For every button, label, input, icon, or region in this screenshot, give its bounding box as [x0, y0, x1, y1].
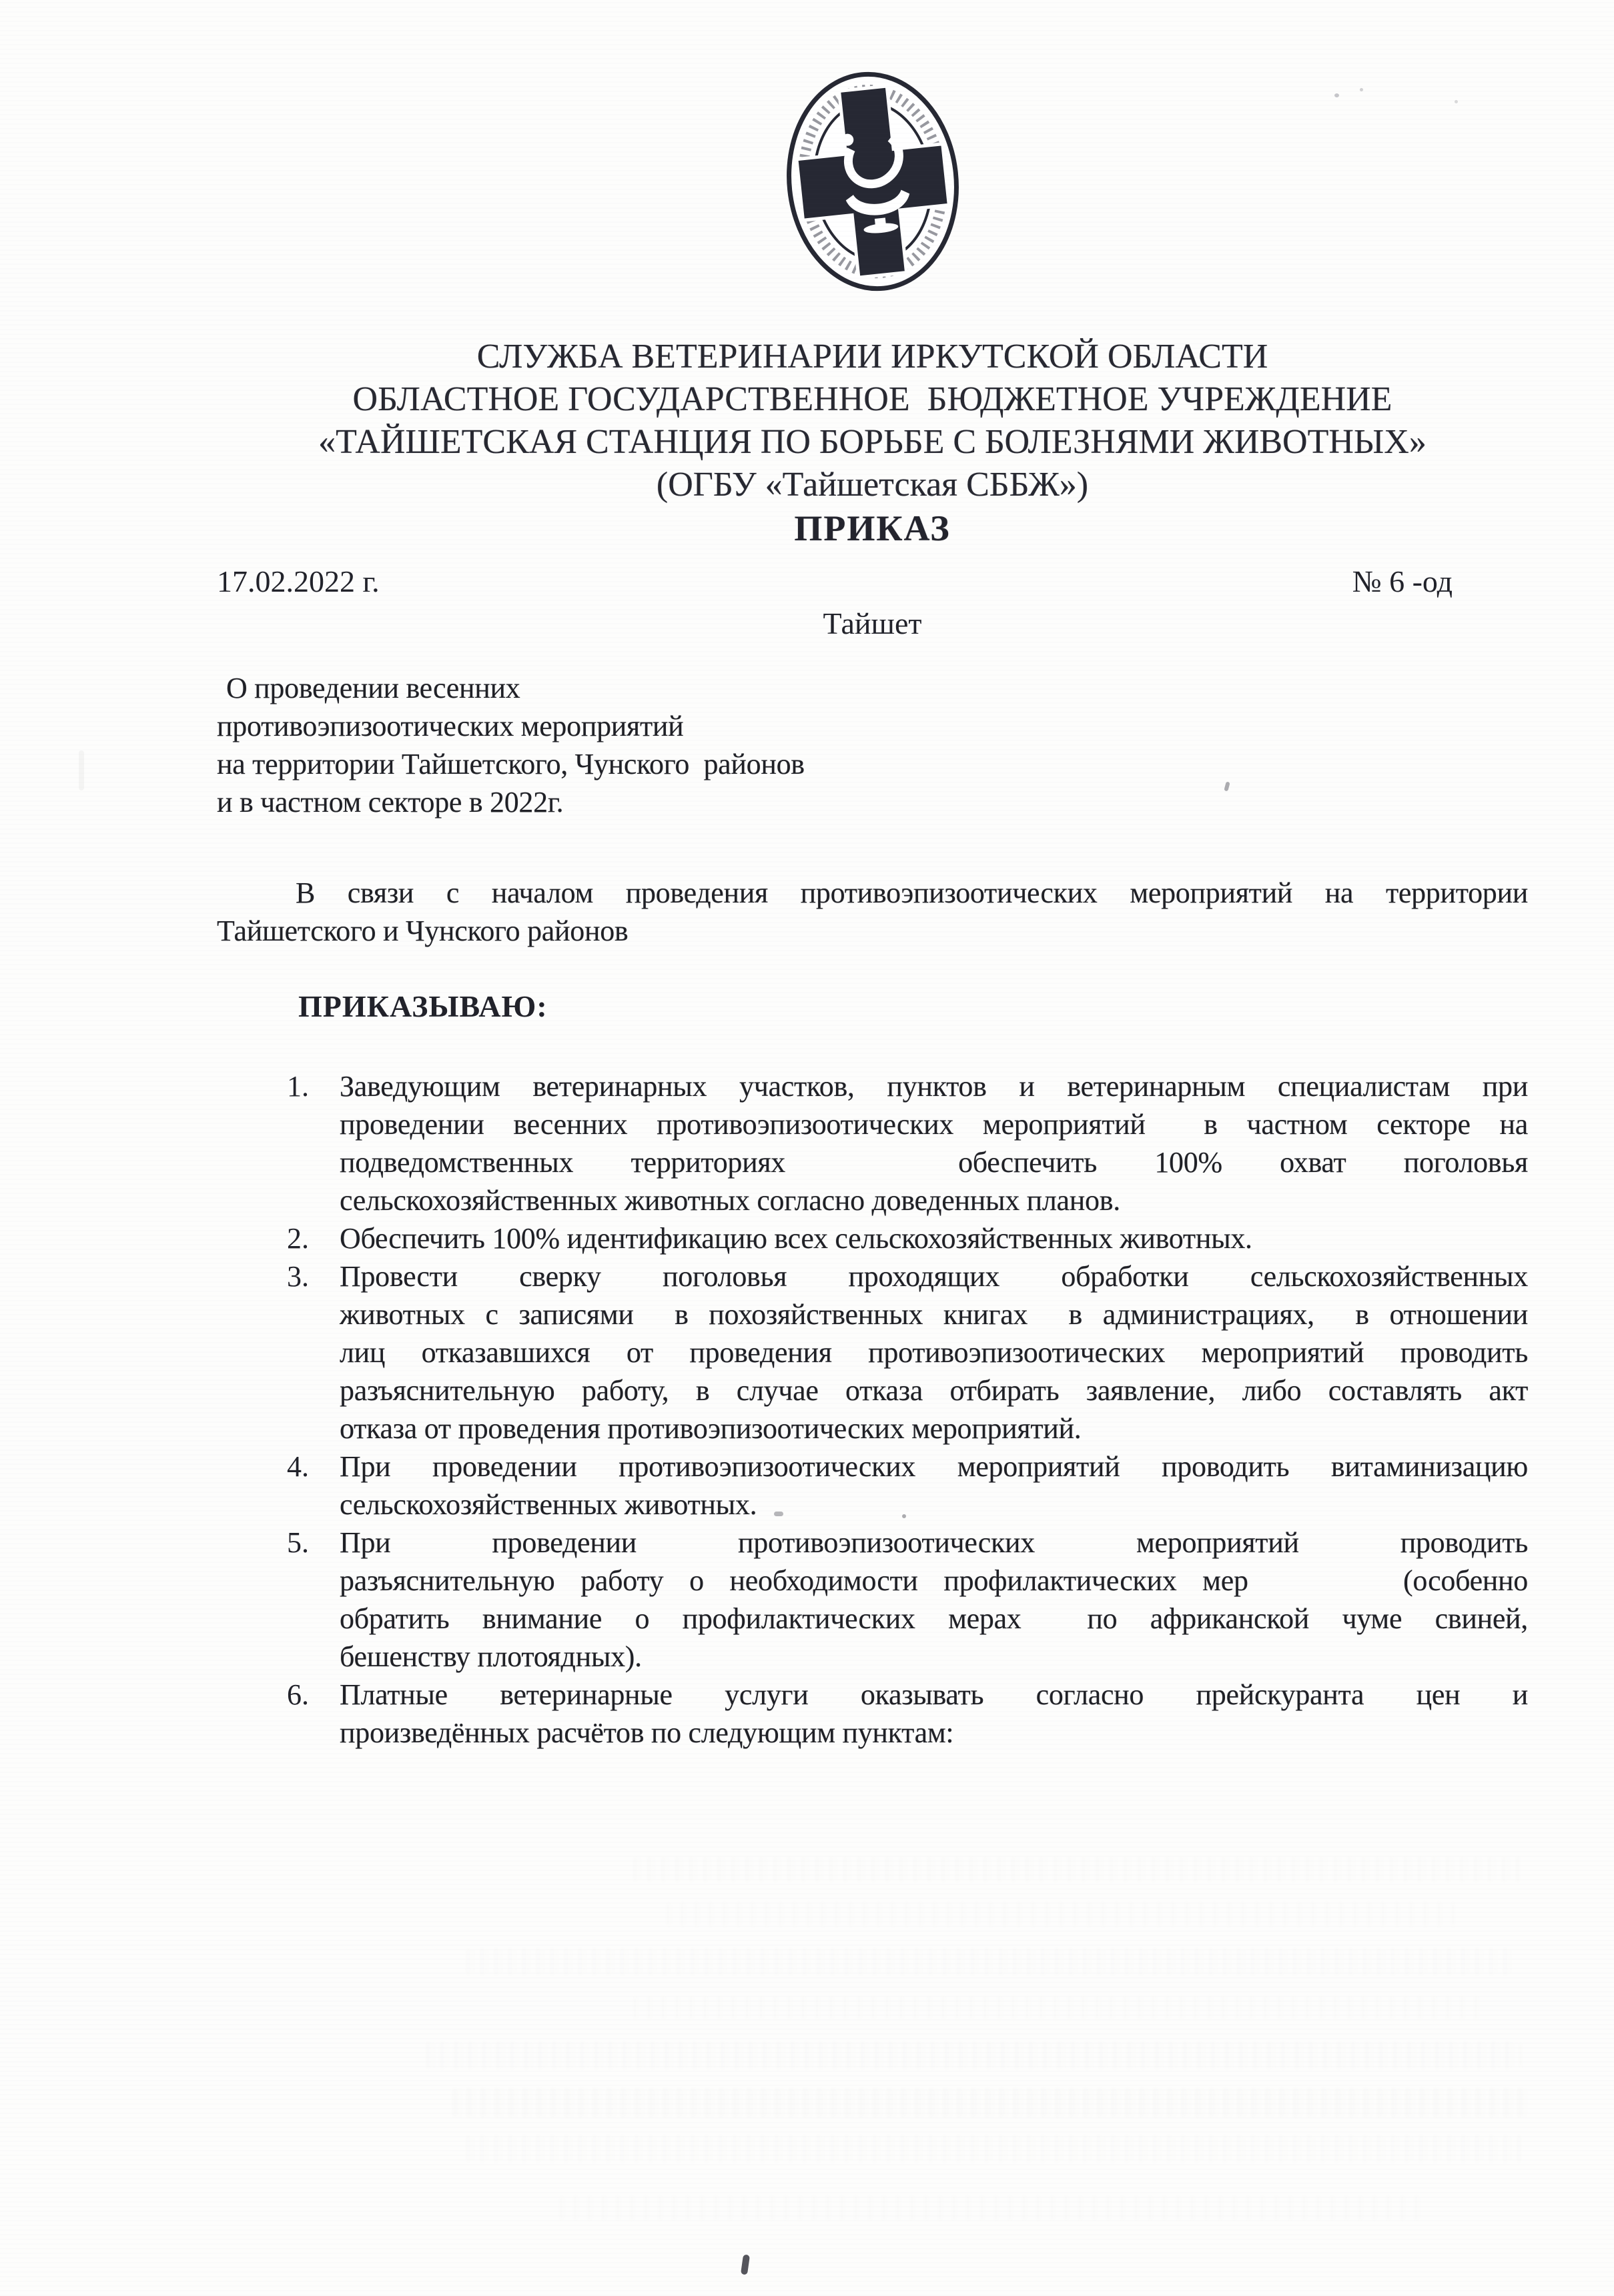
subject-block: О проведении весеннихпротивоэпизоотическ…	[217, 669, 1528, 821]
subject-line: О проведении весенних	[217, 669, 1528, 707]
order-item-line: Провести сверку поголовья проходящих обр…	[340, 1257, 1528, 1295]
order-item-line: подведомственных территориях обеспечить …	[340, 1143, 1528, 1181]
order-item-number: 4.	[287, 1448, 340, 1486]
order-item: 2.Обеспечить 100% идентификацию всех сел…	[287, 1219, 1528, 1257]
order-item-line: проведении весенних противоэпизоотически…	[340, 1105, 1528, 1143]
org-title-block: СЛУЖБА ВЕТЕРИНАРИИ ИРКУТСКОЙ ОБЛАСТИОБЛА…	[217, 336, 1528, 506]
order-item: 6.Платные ветеринарные услуги оказывать …	[287, 1676, 1528, 1752]
bleedthrough-artifact	[634, 1994, 1488, 2021]
order-item-text: При проведении противоэпизоотических мер…	[340, 1524, 1528, 1676]
scan-speck	[79, 750, 84, 790]
bleedthrough-artifact	[454, 2088, 1528, 2117]
order-item-line: При проведении противоэпизоотических мер…	[340, 1448, 1528, 1486]
order-item: 1.Заведующим ветеринарных участков, пунк…	[287, 1067, 1528, 1219]
order-item-number: 1.	[287, 1067, 340, 1105]
intro-line: В связи с началом проведения противоэпиз…	[217, 874, 1528, 912]
document-city: Тайшет	[217, 604, 1528, 642]
scanned-document-page: СЛУЖБА ВЕТЕРИНАРИИ ИРКУТСКОЙ ОБЛАСТИОБЛА…	[0, 0, 1614, 2296]
subject-line: на территории Тайшетского, Чунского райо…	[217, 745, 1528, 783]
org-name-line: «ТАЙШЕТСКАЯ СТАНЦИЯ ПО БОРЬБЕ С БОЛЕЗНЯМ…	[217, 421, 1528, 464]
order-item-number: 5.	[287, 1524, 340, 1562]
order-item-number: 2.	[287, 1219, 340, 1257]
order-item-line: Платные ветеринарные услуги оказывать со…	[340, 1676, 1528, 1714]
org-name-line: ОБЛАСТНОЕ ГОСУДАРСТВЕННОЕ БЮДЖЕТНОЕ УЧРЕ…	[217, 378, 1528, 421]
bleedthrough-artifact	[634, 1856, 1521, 1882]
intro-paragraph: В связи с началом проведения противоэпиз…	[217, 874, 1528, 950]
order-item: 5.При проведении противоэпизоотических м…	[287, 1524, 1528, 1676]
order-item-line: животных с записями в похозяйственных кн…	[340, 1295, 1528, 1333]
document-number: № 6 -од	[1352, 562, 1453, 600]
order-item-line: сельскохозяйственных животных.	[340, 1486, 1528, 1524]
order-item-line: сельскохозяйственных животных согласно д…	[340, 1181, 1528, 1219]
order-item-line: обратить внимание о профилактических мер…	[340, 1600, 1528, 1638]
bleedthrough-artifact	[427, 2041, 1521, 2069]
veterinary-emblem-graphic	[783, 67, 963, 297]
order-item: 4.При проведении противоэпизоотических м…	[287, 1448, 1528, 1524]
order-item-line: бешенству плотоядных).	[340, 1638, 1528, 1676]
order-keyword: ПРИКАЗЫВАЮ:	[217, 987, 1528, 1025]
bleedthrough-artifact	[467, 2135, 1521, 2163]
veterinary-emblem-logo	[783, 67, 963, 297]
order-item-text: Заведующим ветеринарных участков, пункто…	[340, 1067, 1528, 1219]
intro-line: Тайшетского и Чунского районов	[217, 912, 1528, 950]
order-item-line: При проведении противоэпизоотических мер…	[340, 1524, 1528, 1562]
document-meta-row: 17.02.2022 г. № 6 -од	[217, 562, 1528, 600]
order-item-line: Заведующим ветеринарных участков, пункто…	[340, 1067, 1528, 1105]
document-date: 17.02.2022 г.	[217, 562, 380, 600]
org-name-line: СЛУЖБА ВЕТЕРИНАРИИ ИРКУТСКОЙ ОБЛАСТИ	[217, 336, 1528, 378]
order-items-list: 1.Заведующим ветеринарных участков, пунк…	[217, 1067, 1528, 1752]
order-item-line: Обеспечить 100% идентификацию всех сельс…	[340, 1219, 1528, 1257]
order-item-line: произведённых расчётов по следующим пунк…	[340, 1714, 1528, 1752]
document-content: СЛУЖБА ВЕТЕРИНАРИИ ИРКУТСКОЙ ОБЛАСТИОБЛА…	[217, 0, 1528, 1752]
document-type-title: ПРИКАЗ	[217, 508, 1528, 549]
order-item-number: 3.	[287, 1257, 340, 1295]
order-item-line: лиц отказавшихся от проведения противоэп…	[340, 1333, 1528, 1371]
order-item-text: При проведении противоэпизоотических мер…	[340, 1448, 1528, 1524]
order-item: 3.Провести сверку поголовья проходящих о…	[287, 1257, 1528, 1448]
order-item-line: разъяснительную работу, в случае отказа …	[340, 1371, 1528, 1409]
bleedthrough-artifact	[560, 2195, 1428, 2221]
order-item-text: Провести сверку поголовья проходящих обр…	[340, 1257, 1528, 1448]
org-name-line: (ОГБУ «Тайшетская СББЖ»)	[217, 464, 1528, 506]
order-item-line: отказа от проведения противоэпизоотическ…	[340, 1409, 1528, 1448]
bleedthrough-artifact	[667, 1901, 1455, 1928]
bleedthrough-artifact	[467, 1948, 1515, 1976]
subject-line: и в частном секторе в 2022г.	[217, 783, 1528, 821]
order-item-number: 6.	[287, 1676, 340, 1714]
order-item-text: Обеспечить 100% идентификацию всех сельс…	[340, 1219, 1528, 1257]
subject-line: противоэпизоотических мероприятий	[217, 707, 1528, 745]
order-item-line: разъяснительную работу о необходимости п…	[340, 1562, 1528, 1600]
ink-mark	[741, 2254, 750, 2275]
order-item-text: Платные ветеринарные услуги оказывать со…	[340, 1676, 1528, 1752]
